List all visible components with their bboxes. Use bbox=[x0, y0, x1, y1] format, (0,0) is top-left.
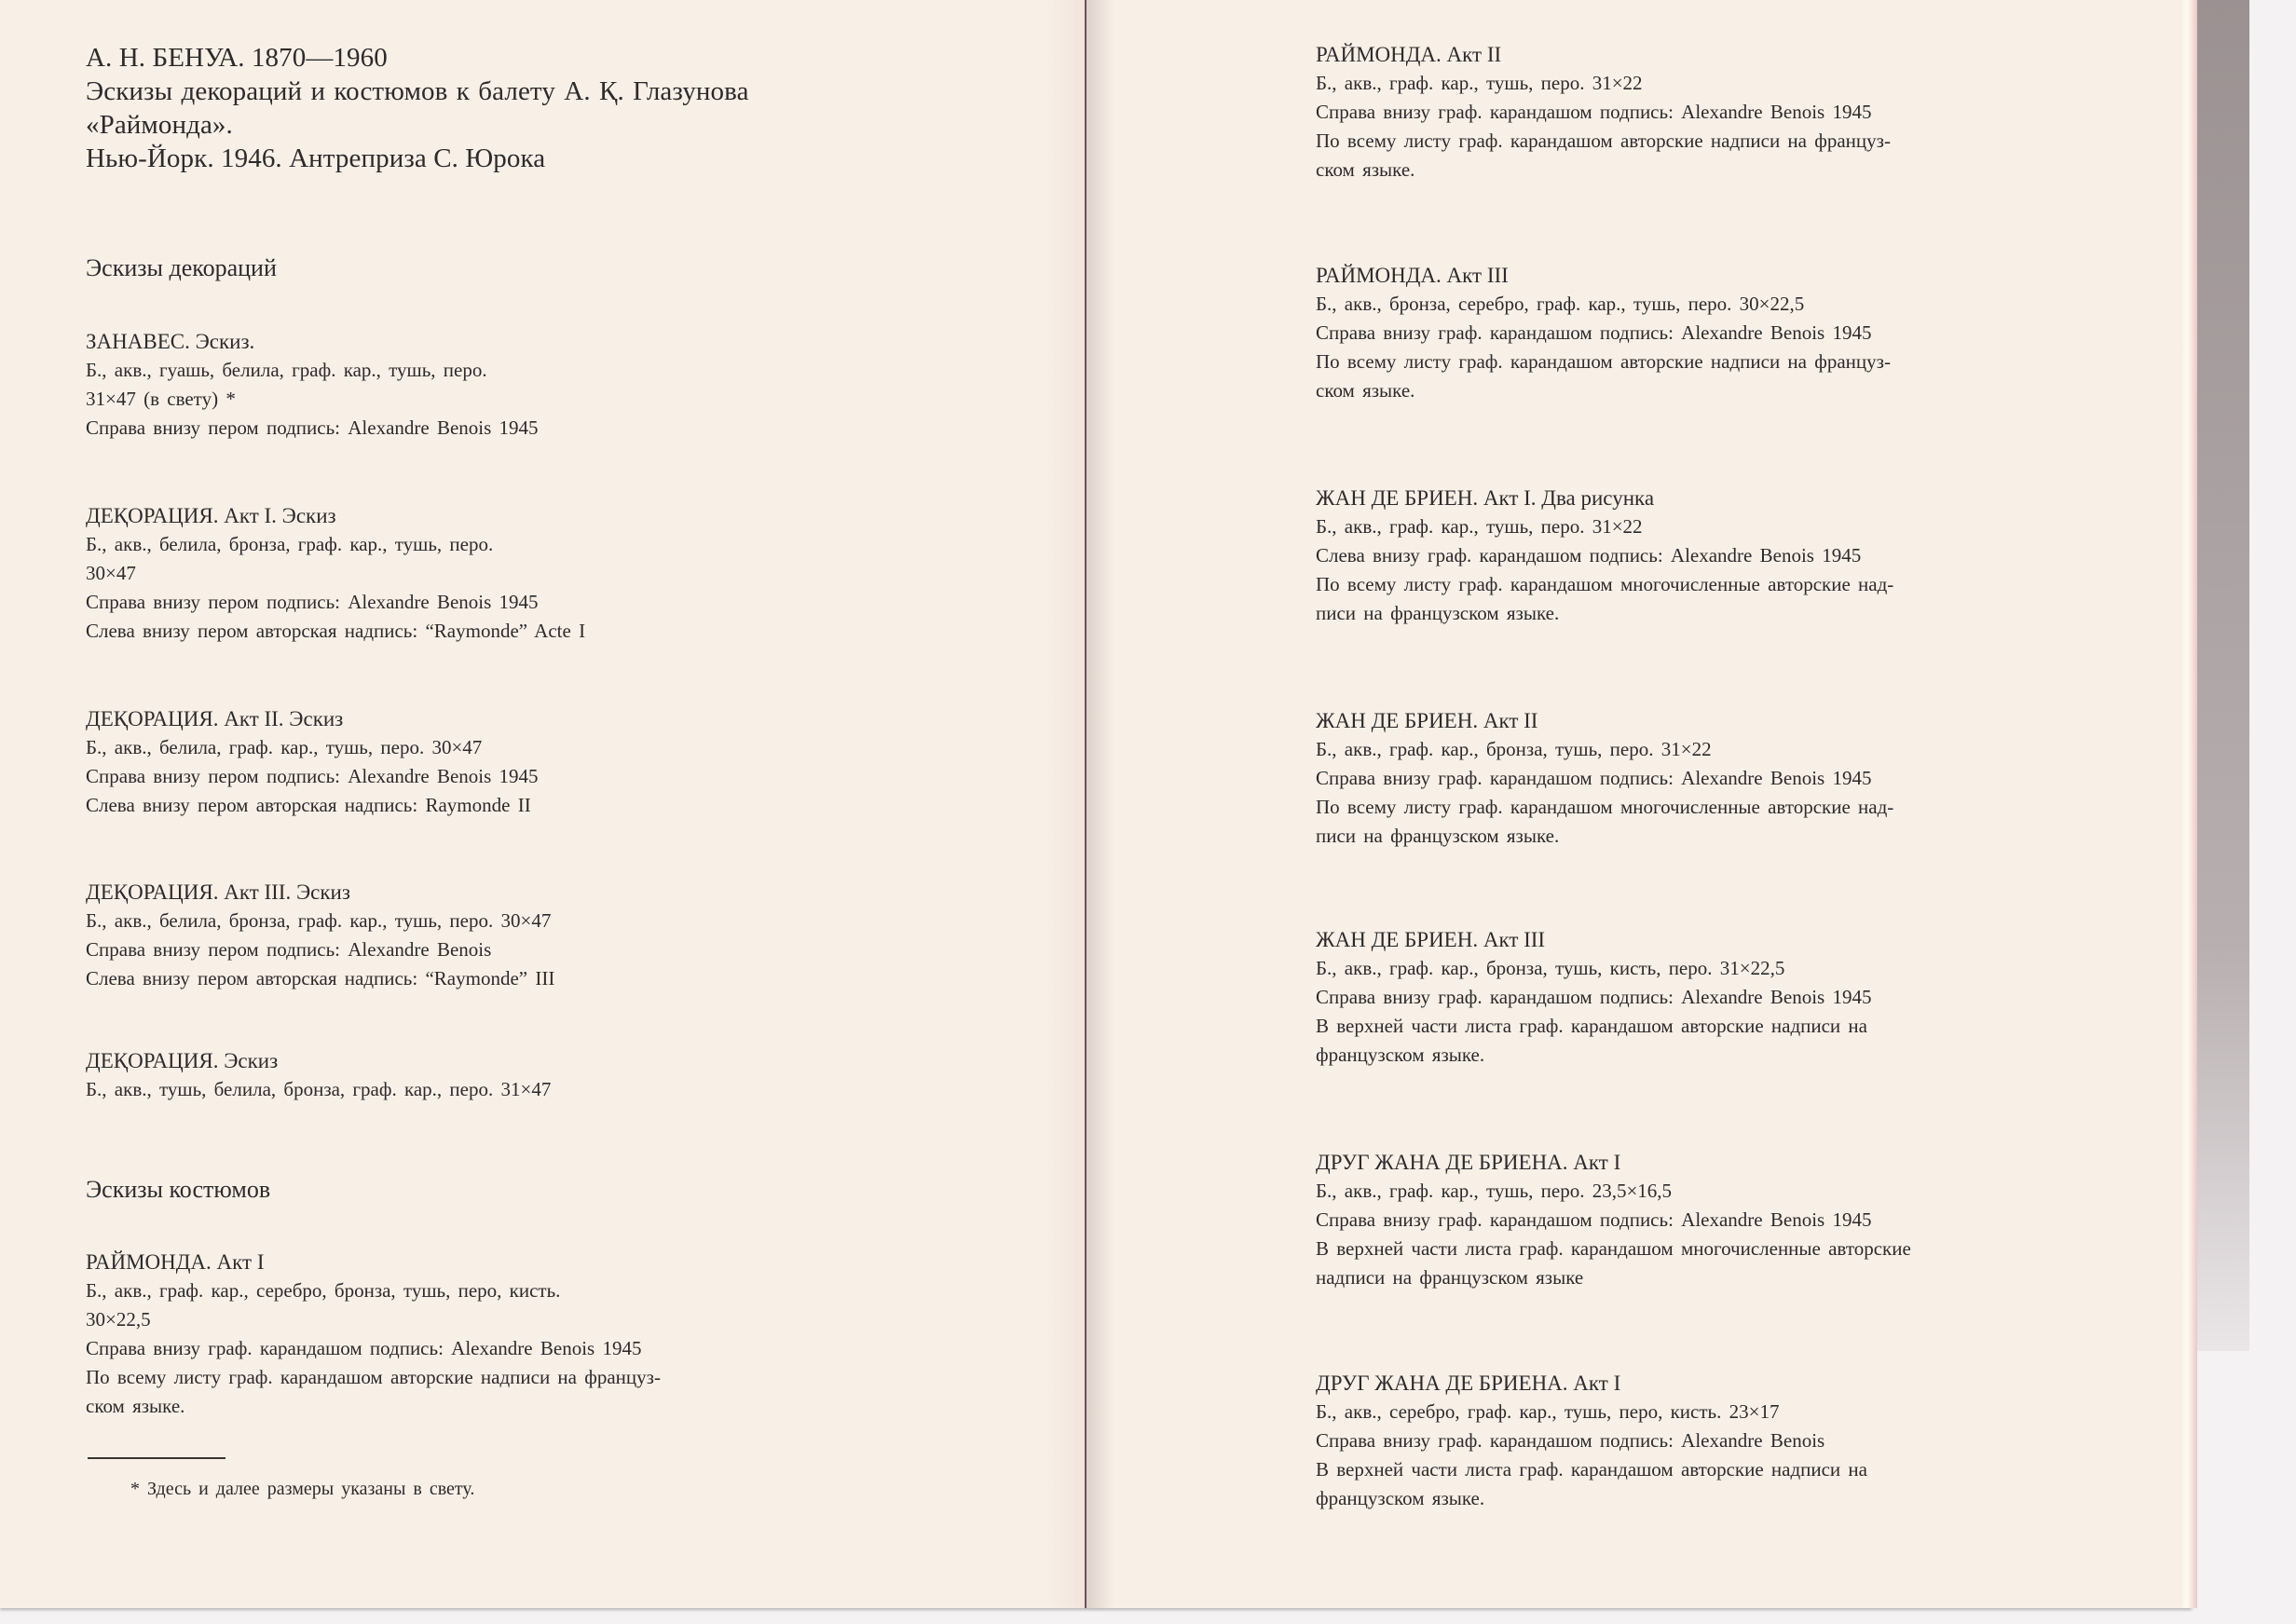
page-edge bbox=[2180, 0, 2197, 1608]
entry-signature: Справа внизу граф. карандашом подпись: A… bbox=[1316, 983, 2089, 1012]
header-place-date: Нью-Йорк. 1946. Антреприза С. Юрока bbox=[86, 142, 868, 175]
entry-title: РАЙМОНДА. Акт II bbox=[1316, 41, 2089, 69]
entry-signature: Слева внизу граф. карандашом подпись: Al… bbox=[1316, 541, 2089, 570]
entry-title: ЖАН ДЕ БРИЕН. Акт II bbox=[1316, 707, 2089, 735]
entry-title: ДРУГ ЖАНА ДЕ БРИЕНА. Акт I bbox=[1316, 1370, 2089, 1398]
entry-signature: Справа внизу граф. карандашом подпись: A… bbox=[86, 1334, 859, 1363]
entry-title: ДЕҚОРАЦИЯ. Эскиз bbox=[86, 1047, 859, 1075]
entry-medium: Б., акв., граф. кар., бронза, тушь, перо… bbox=[1316, 735, 2089, 764]
entry-medium: Б., акв., серебро, граф. кар., тушь, пер… bbox=[1316, 1398, 2089, 1426]
entry-inscription-cont: писи на французском языке. bbox=[1316, 599, 2089, 628]
header-ballet-title: «Раймонда». bbox=[86, 108, 868, 142]
entry-signature: Справа внизу пером подпись: Alexandre Be… bbox=[86, 588, 859, 617]
gutter-shade-left bbox=[1044, 0, 1085, 1608]
entry-size: 30×47 bbox=[86, 559, 859, 588]
entry-inscription: В верхней части листа граф. карандашом м… bbox=[1316, 1235, 2089, 1263]
catalog-entry: ЗАНАВЕС. Эскиз. Б., акв., гуашь, белила,… bbox=[86, 328, 859, 443]
entry-inscription-cont: ском языке. bbox=[1316, 376, 2089, 405]
header-author: А. Н. БЕНУА. 1870—1960 bbox=[86, 41, 868, 75]
entry-medium: Б., акв., граф. кар., тушь, перо. 23,5×1… bbox=[1316, 1177, 2089, 1206]
entry-title: РАЙМОНДА. Акт I bbox=[86, 1249, 859, 1276]
section-title-costumes: Эскизы костюмов bbox=[86, 1176, 270, 1204]
catalog-entry: РАЙМОНДА. Акт I Б., акв., граф. кар., се… bbox=[86, 1249, 859, 1421]
entry-title: РАЙМОНДА. Акт III bbox=[1316, 262, 2089, 290]
catalog-entry: ЖАН ДЕ БРИЕН. Акт III Б., акв., граф. ка… bbox=[1316, 926, 2089, 1070]
entry-title: ДЕҚОРАЦИЯ. Акт III. Эскиз bbox=[86, 879, 859, 907]
entry-signature: Справа внизу граф. карандашом подпись: A… bbox=[1316, 98, 2089, 127]
entry-signature: Справа внизу пером подпись: Alexandre Be… bbox=[86, 414, 859, 443]
entry-inscription-cont: писи на французском языке. bbox=[1316, 822, 2089, 851]
entry-title: ДЕҚОРАЦИЯ. Акт II. Эскиз bbox=[86, 705, 859, 733]
entry-inscription: По всему листу граф. карандашом авторски… bbox=[1316, 348, 2089, 376]
entry-inscription: В верхней части листа граф. карандашом а… bbox=[1316, 1455, 2089, 1484]
entry-medium: Б., акв., белила, граф. кар., тушь, перо… bbox=[86, 733, 859, 762]
scan-shadow bbox=[2197, 0, 2249, 1351]
entry-inscription: Слева внизу пером авторская надпись: “Ra… bbox=[86, 964, 859, 993]
entry-inscription: По всему листу граф. карандашом авторски… bbox=[1316, 127, 2089, 156]
entry-signature: Справа внизу граф. карандашом подпись: A… bbox=[1316, 764, 2089, 793]
gutter-shade-right bbox=[1086, 0, 1114, 1608]
entry-medium: Б., акв., граф. кар., бронза, тушь, кист… bbox=[1316, 954, 2089, 983]
entry-title: ЗАНАВЕС. Эскиз. bbox=[86, 328, 859, 356]
entry-inscription-cont: французском языке. bbox=[1316, 1041, 2089, 1070]
entry-signature: Справа внизу граф. карандашом подпись: A… bbox=[1316, 1426, 2089, 1455]
entry-medium: Б., акв., гуашь, белила, граф. кар., туш… bbox=[86, 356, 859, 385]
entry-inscription: По всему листу граф. карандашом авторски… bbox=[86, 1363, 859, 1392]
entry-title: ДРУГ ЖАНА ДЕ БРИЕНА. Акт I bbox=[1316, 1149, 2089, 1177]
entry-inscription: По всему листу граф. карандашом многочис… bbox=[1316, 793, 2089, 822]
entry-inscription: Слева внизу пером авторская надпись: “Ra… bbox=[86, 617, 859, 646]
entry-signature: Справа внизу граф. карандашом подпись: A… bbox=[1316, 1206, 2089, 1235]
entry-medium: Б., акв., граф. кар., тушь, перо. 31×22 bbox=[1316, 69, 2089, 98]
entry-medium: Б., акв., тушь, белила, бронза, граф. ка… bbox=[86, 1075, 859, 1104]
entry-medium: Б., акв., белила, бронза, граф. кар., ту… bbox=[86, 530, 859, 559]
entry-inscription: Слева внизу пером авторская надпись: Ray… bbox=[86, 791, 859, 820]
catalog-entry: ДЕҚОРАЦИЯ. Акт I. Эскиз Б., акв., белила… bbox=[86, 502, 859, 646]
entry-title: ЖАН ДЕ БРИЕН. Акт III bbox=[1316, 926, 2089, 954]
catalog-entry: ДЕҚОРАЦИЯ. Акт III. Эскиз Б., акв., бели… bbox=[86, 879, 859, 993]
entry-size: 31×47 (в свету) * bbox=[86, 385, 859, 414]
entry-medium: Б., акв., граф. кар., тушь, перо. 31×22 bbox=[1316, 512, 2089, 541]
page-header: А. Н. БЕНУА. 1870—1960 Эскизы декораций … bbox=[86, 41, 868, 175]
catalog-entry: ДРУГ ЖАНА ДЕ БРИЕНА. Акт I Б., акв., гра… bbox=[1316, 1149, 2089, 1292]
entry-inscription: В верхней части листа граф. карандашом а… bbox=[1316, 1012, 2089, 1041]
entry-inscription-cont: французском языке. bbox=[1316, 1484, 2089, 1513]
entry-medium: Б., акв., граф. кар., серебро, бронза, т… bbox=[86, 1276, 859, 1305]
entry-inscription: По всему листу граф. карандашом многочис… bbox=[1316, 570, 2089, 599]
entry-medium: Б., акв., белила, бронза, граф. кар., ту… bbox=[86, 907, 859, 935]
catalog-entry: ДРУГ ЖАНА ДЕ БРИЕНА. Акт I Б., акв., сер… bbox=[1316, 1370, 2089, 1513]
entry-signature: Справа внизу пером подпись: Alexandre Be… bbox=[86, 762, 859, 791]
footnote-rule bbox=[88, 1457, 225, 1459]
entry-inscription-cont: ском языке. bbox=[1316, 156, 2089, 184]
entry-inscription-cont: надписи на французском языке bbox=[1316, 1263, 2089, 1292]
entry-title: ДЕҚОРАЦИЯ. Акт I. Эскиз bbox=[86, 502, 859, 530]
catalog-entry: РАЙМОНДА. Акт II Б., акв., граф. кар., т… bbox=[1316, 41, 2089, 184]
header-subtitle: Эскизы декораций и костюмов к балету А. … bbox=[86, 75, 868, 108]
footnote: * Здесь и далее размеры указаны в свету. bbox=[130, 1477, 474, 1501]
entry-signature: Справа внизу граф. карандашом подпись: A… bbox=[1316, 319, 2089, 348]
entry-title: ЖАН ДЕ БРИЕН. Акт I. Два рисунка bbox=[1316, 484, 2089, 512]
catalog-entry: ДЕҚОРАЦИЯ. Эскиз Б., акв., тушь, белила,… bbox=[86, 1047, 859, 1104]
catalog-entry: ЖАН ДЕ БРИЕН. Акт I. Два рисунка Б., акв… bbox=[1316, 484, 2089, 628]
section-title-decorations: Эскизы декораций bbox=[86, 254, 277, 282]
entry-inscription-cont: ском языке. bbox=[86, 1392, 859, 1421]
entry-medium: Б., акв., бронза, серебро, граф. кар., т… bbox=[1316, 290, 2089, 319]
catalog-entry: ДЕҚОРАЦИЯ. Акт II. Эскиз Б., акв., белил… bbox=[86, 705, 859, 820]
entry-signature: Справа внизу пером подпись: Alexandre Be… bbox=[86, 935, 859, 964]
catalog-entry: РАЙМОНДА. Акт III Б., акв., бронза, сере… bbox=[1316, 262, 2089, 405]
entry-size: 30×22,5 bbox=[86, 1305, 859, 1334]
catalog-entry: ЖАН ДЕ БРИЕН. Акт II Б., акв., граф. кар… bbox=[1316, 707, 2089, 851]
